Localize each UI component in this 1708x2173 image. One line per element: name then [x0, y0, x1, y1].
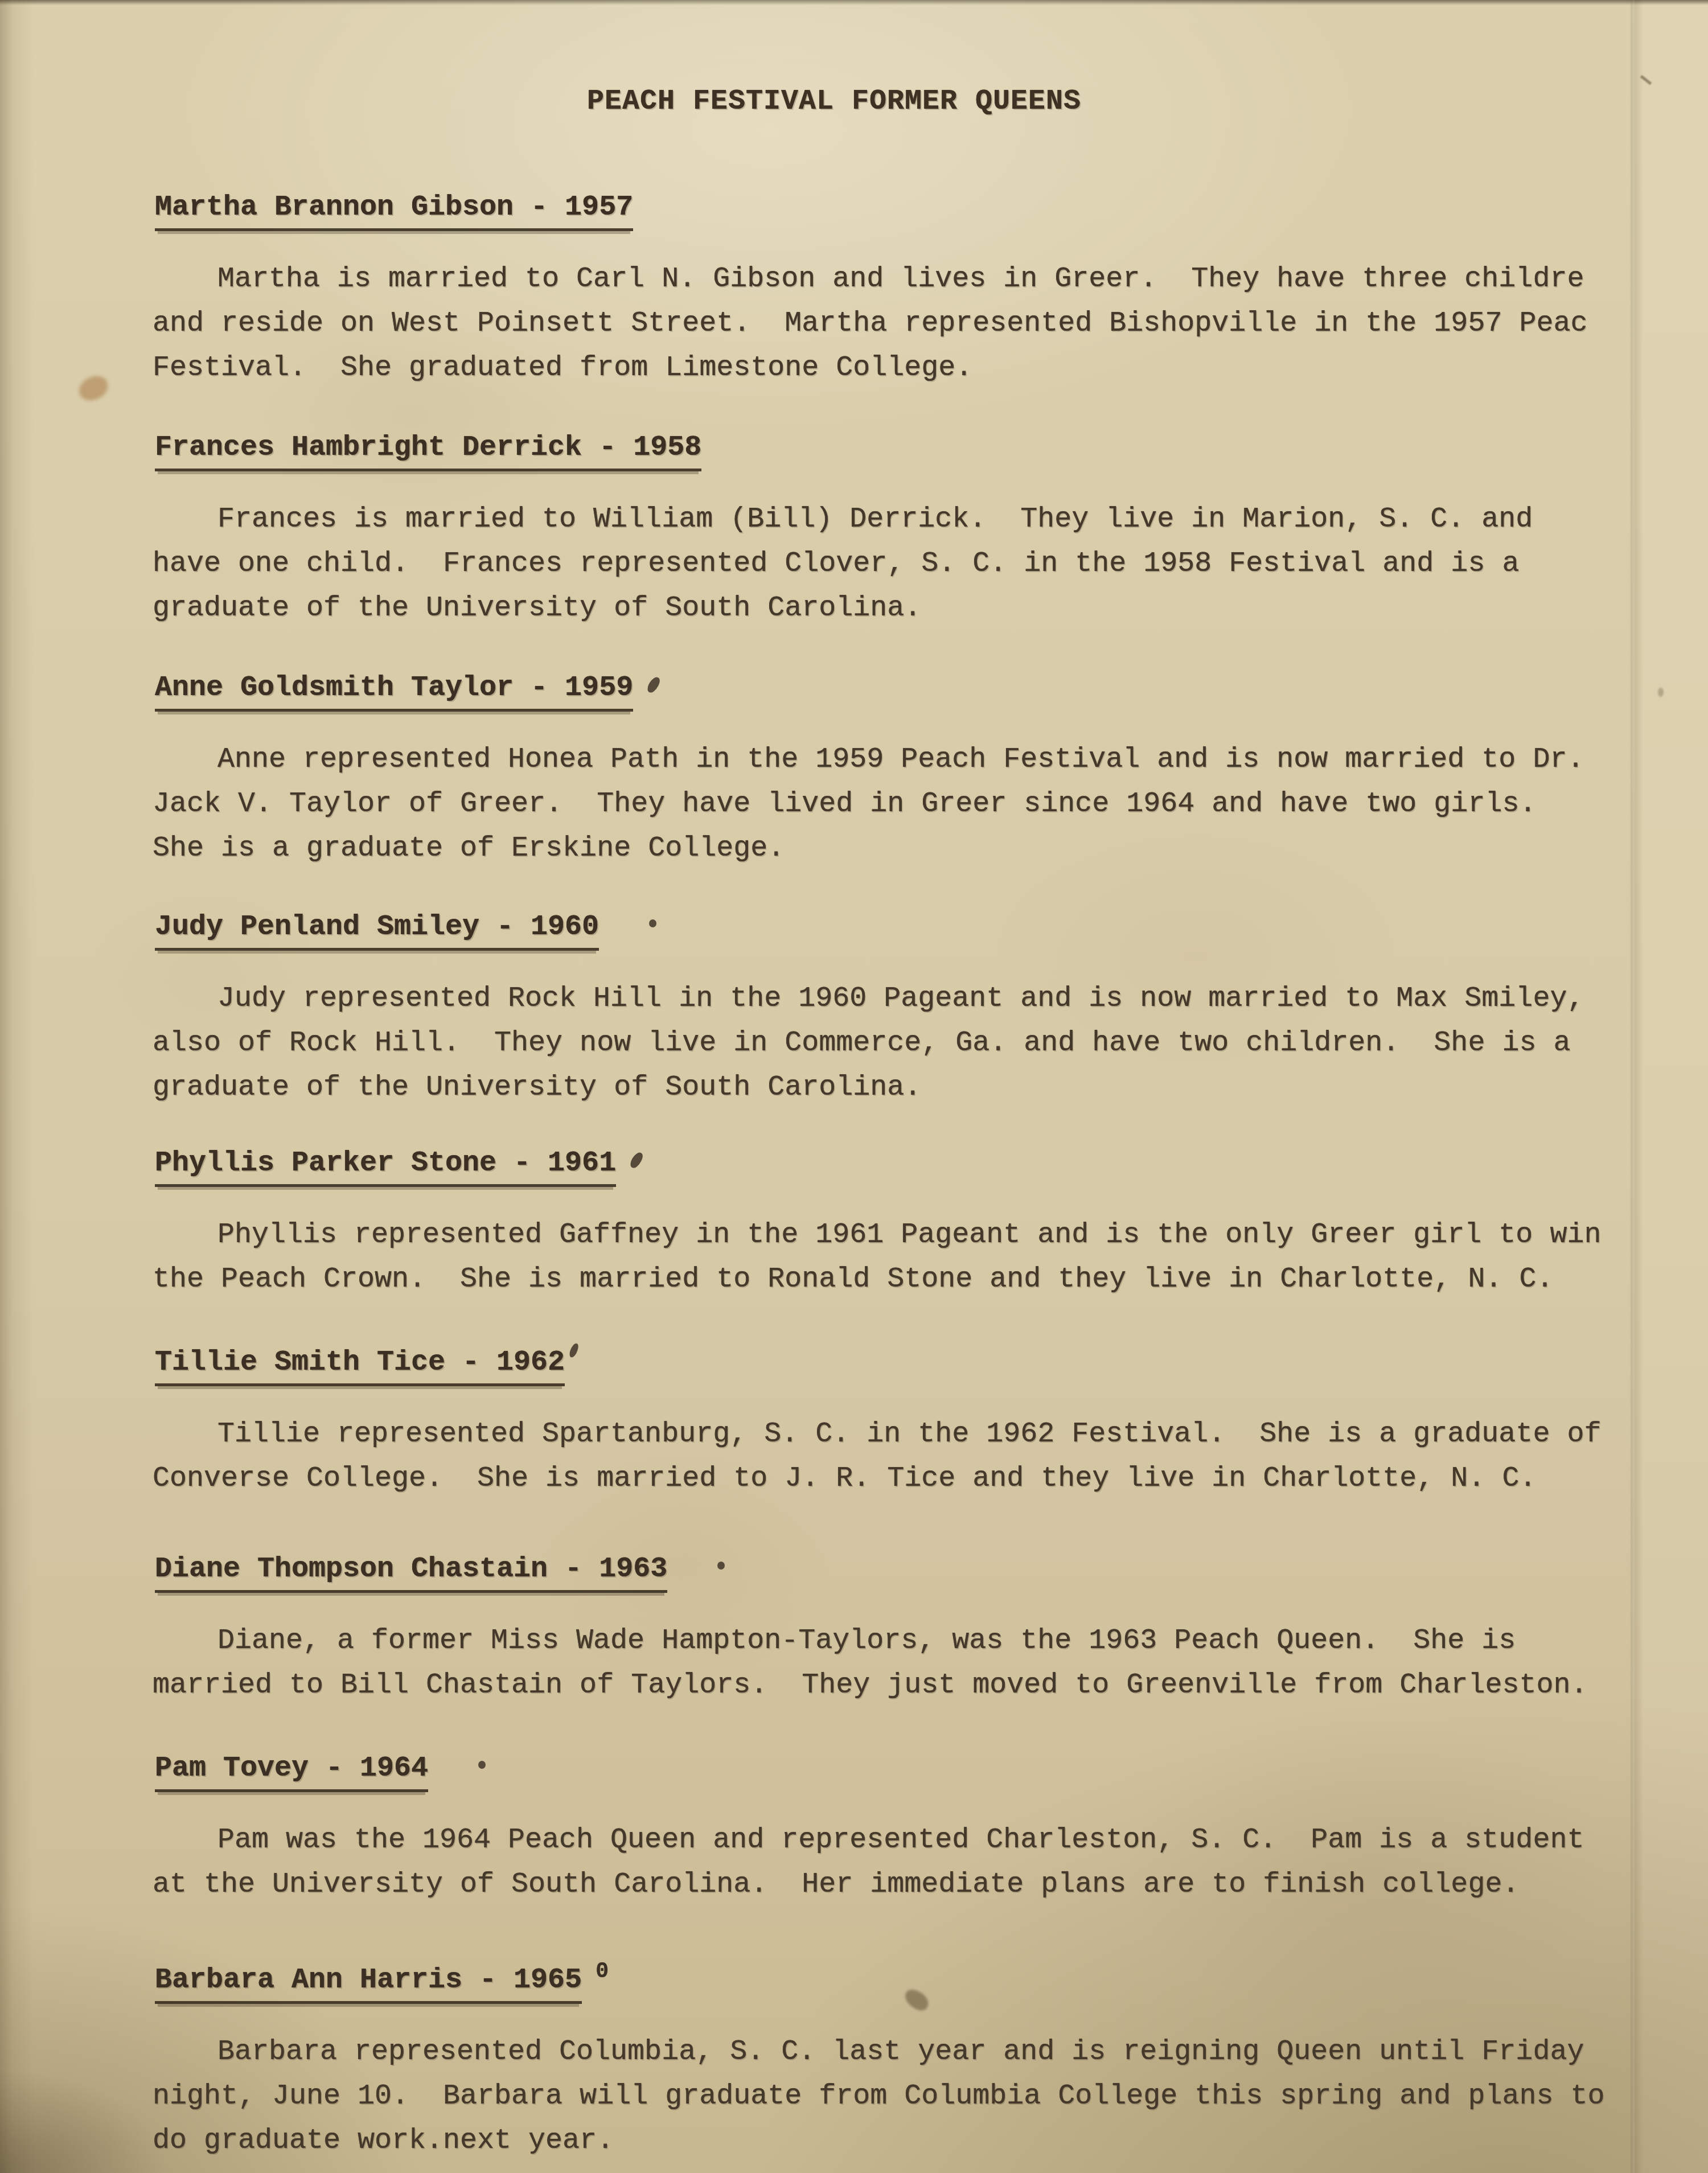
section-heading: Martha Brannon Gibson - 1957: [155, 191, 1708, 231]
paragraph-line: do graduate work.next year.: [153, 2119, 1708, 2163]
section-paragraph: Anne represented Honea Path in the 1959 …: [0, 738, 1708, 871]
paragraph-line: night, June 10. Barbara will graduate fr…: [153, 2075, 1708, 2119]
paragraph-line: Martha is married to Carl N. Gibson and …: [153, 257, 1708, 302]
pen-mark-icon: [568, 1342, 579, 1358]
pen-mark-icon: 0: [596, 1956, 609, 1989]
section-heading-text: Judy Penland Smiley - 1960: [155, 911, 599, 951]
page-title: PEACH FESTIVAL FORMER QUEENS: [0, 85, 1688, 118]
section-heading-text: Phyllis Parker Stone - 1961: [155, 1147, 616, 1187]
section-heading: Barbara Ann Harris - 19650: [155, 1956, 1708, 2004]
queen-section: Frances Hambright Derrick - 1958Frances …: [0, 432, 1708, 631]
paragraph-line: Frances is married to William (Bill) Der…: [153, 498, 1708, 542]
paragraph-line: Converse College. She is married to J. R…: [153, 1457, 1708, 1501]
section-heading-text: Martha Brannon Gibson - 1957: [155, 191, 633, 231]
pen-mark-icon: [478, 1761, 486, 1769]
queen-section: Judy Penland Smiley - 1960Judy represent…: [0, 911, 1708, 1110]
section-paragraph: Martha is married to Carl N. Gibson and …: [0, 257, 1708, 391]
paragraph-line: married to Bill Chastain of Taylors. The…: [153, 1663, 1708, 1708]
section-paragraph: Barbara represented Columbia, S. C. last…: [0, 2030, 1708, 2163]
paragraph-line: the Peach Crown. She is married to Ronal…: [153, 1258, 1708, 1302]
paragraph-line: graduate of the University of South Caro…: [153, 1066, 1708, 1110]
paragraph-line: at the University of South Carolina. Her…: [153, 1863, 1708, 1907]
pen-mark-icon: [629, 1151, 644, 1170]
paragraph-line: She is a graduate of Erskine College.: [153, 827, 1708, 871]
paragraph-line: have one child. Frances represented Clov…: [153, 542, 1708, 586]
paragraph-line: Jack V. Taylor of Greer. They have lived…: [153, 782, 1708, 827]
section-paragraph: Diane, a former Miss Wade Hampton-Taylor…: [0, 1619, 1708, 1708]
queen-section: Tillie Smith Tice - 1962Tillie represent…: [0, 1346, 1708, 1501]
queen-section: Diane Thompson Chastain - 1963Diane, a f…: [0, 1553, 1708, 1708]
section-heading: Diane Thompson Chastain - 1963: [155, 1553, 1708, 1593]
paragraph-line: Barbara represented Columbia, S. C. last…: [153, 2030, 1708, 2075]
paragraph-line: Judy represented Rock Hill in the 1960 P…: [153, 977, 1708, 1021]
paragraph-line: Tillie represented Spartanburg, S. C. in…: [153, 1412, 1708, 1457]
paragraph-line: and reside on West Poinsett Street. Mart…: [153, 302, 1708, 346]
section-heading: Judy Penland Smiley - 1960: [155, 911, 1708, 951]
queen-section: Martha Brannon Gibson - 1957Martha is ma…: [0, 191, 1708, 391]
section-heading: Tillie Smith Tice - 1962: [155, 1346, 1708, 1386]
pen-fleck: [1640, 75, 1652, 85]
section-heading-text: Anne Goldsmith Taylor - 1959: [155, 672, 633, 712]
queen-section: Pam Tovey - 1964Pam was the 1964 Peach Q…: [0, 1752, 1708, 1907]
section-heading-text: Frances Hambright Derrick - 1958: [155, 432, 701, 471]
paragraph-line: Anne represented Honea Path in the 1959 …: [153, 738, 1708, 782]
paragraph-line: also of Rock Hill. They now live in Comm…: [153, 1021, 1708, 1066]
paragraph-line: Pam was the 1964 Peach Queen and represe…: [153, 1818, 1708, 1863]
section-heading: Phyllis Parker Stone - 1961: [155, 1147, 1708, 1187]
document-page: PEACH FESTIVAL FORMER QUEENS Martha Bran…: [0, 0, 1708, 2173]
queen-section: Barbara Ann Harris - 19650Barbara repres…: [0, 1956, 1708, 2163]
section-paragraph: Pam was the 1964 Peach Queen and represe…: [0, 1818, 1708, 1907]
paragraph-line: Phyllis represented Gaffney in the 1961 …: [153, 1213, 1708, 1258]
pen-mark-icon: [717, 1562, 725, 1570]
section-heading: Pam Tovey - 1964: [155, 1752, 1708, 1792]
section-heading-text: Tillie Smith Tice - 1962: [155, 1346, 565, 1386]
paragraph-line: Festival. She graduated from Limestone C…: [153, 346, 1708, 391]
section-heading-text: Diane Thompson Chastain - 1963: [155, 1553, 667, 1593]
section-heading-text: Barbara Ann Harris - 1965: [155, 1964, 582, 2004]
section-paragraph: Phyllis represented Gaffney in the 1961 …: [0, 1213, 1708, 1302]
section-paragraph: Frances is married to William (Bill) Der…: [0, 498, 1708, 631]
queen-section: Anne Goldsmith Taylor - 1959Anne represe…: [0, 672, 1708, 871]
paragraph-line: Diane, a former Miss Wade Hampton-Taylor…: [153, 1619, 1708, 1663]
pen-mark-icon: [649, 919, 656, 927]
section-paragraph: Judy represented Rock Hill in the 1960 P…: [0, 977, 1708, 1110]
section-heading: Anne Goldsmith Taylor - 1959: [155, 672, 1708, 712]
section-heading: Frances Hambright Derrick - 1958: [155, 432, 1708, 471]
section-heading-text: Pam Tovey - 1964: [155, 1752, 428, 1792]
section-paragraph: Tillie represented Spartanburg, S. C. in…: [0, 1412, 1708, 1501]
paragraph-line: graduate of the University of South Caro…: [153, 586, 1708, 631]
pen-mark-icon: [646, 675, 662, 695]
queen-section: Phyllis Parker Stone - 1961Phyllis repre…: [0, 1147, 1708, 1302]
